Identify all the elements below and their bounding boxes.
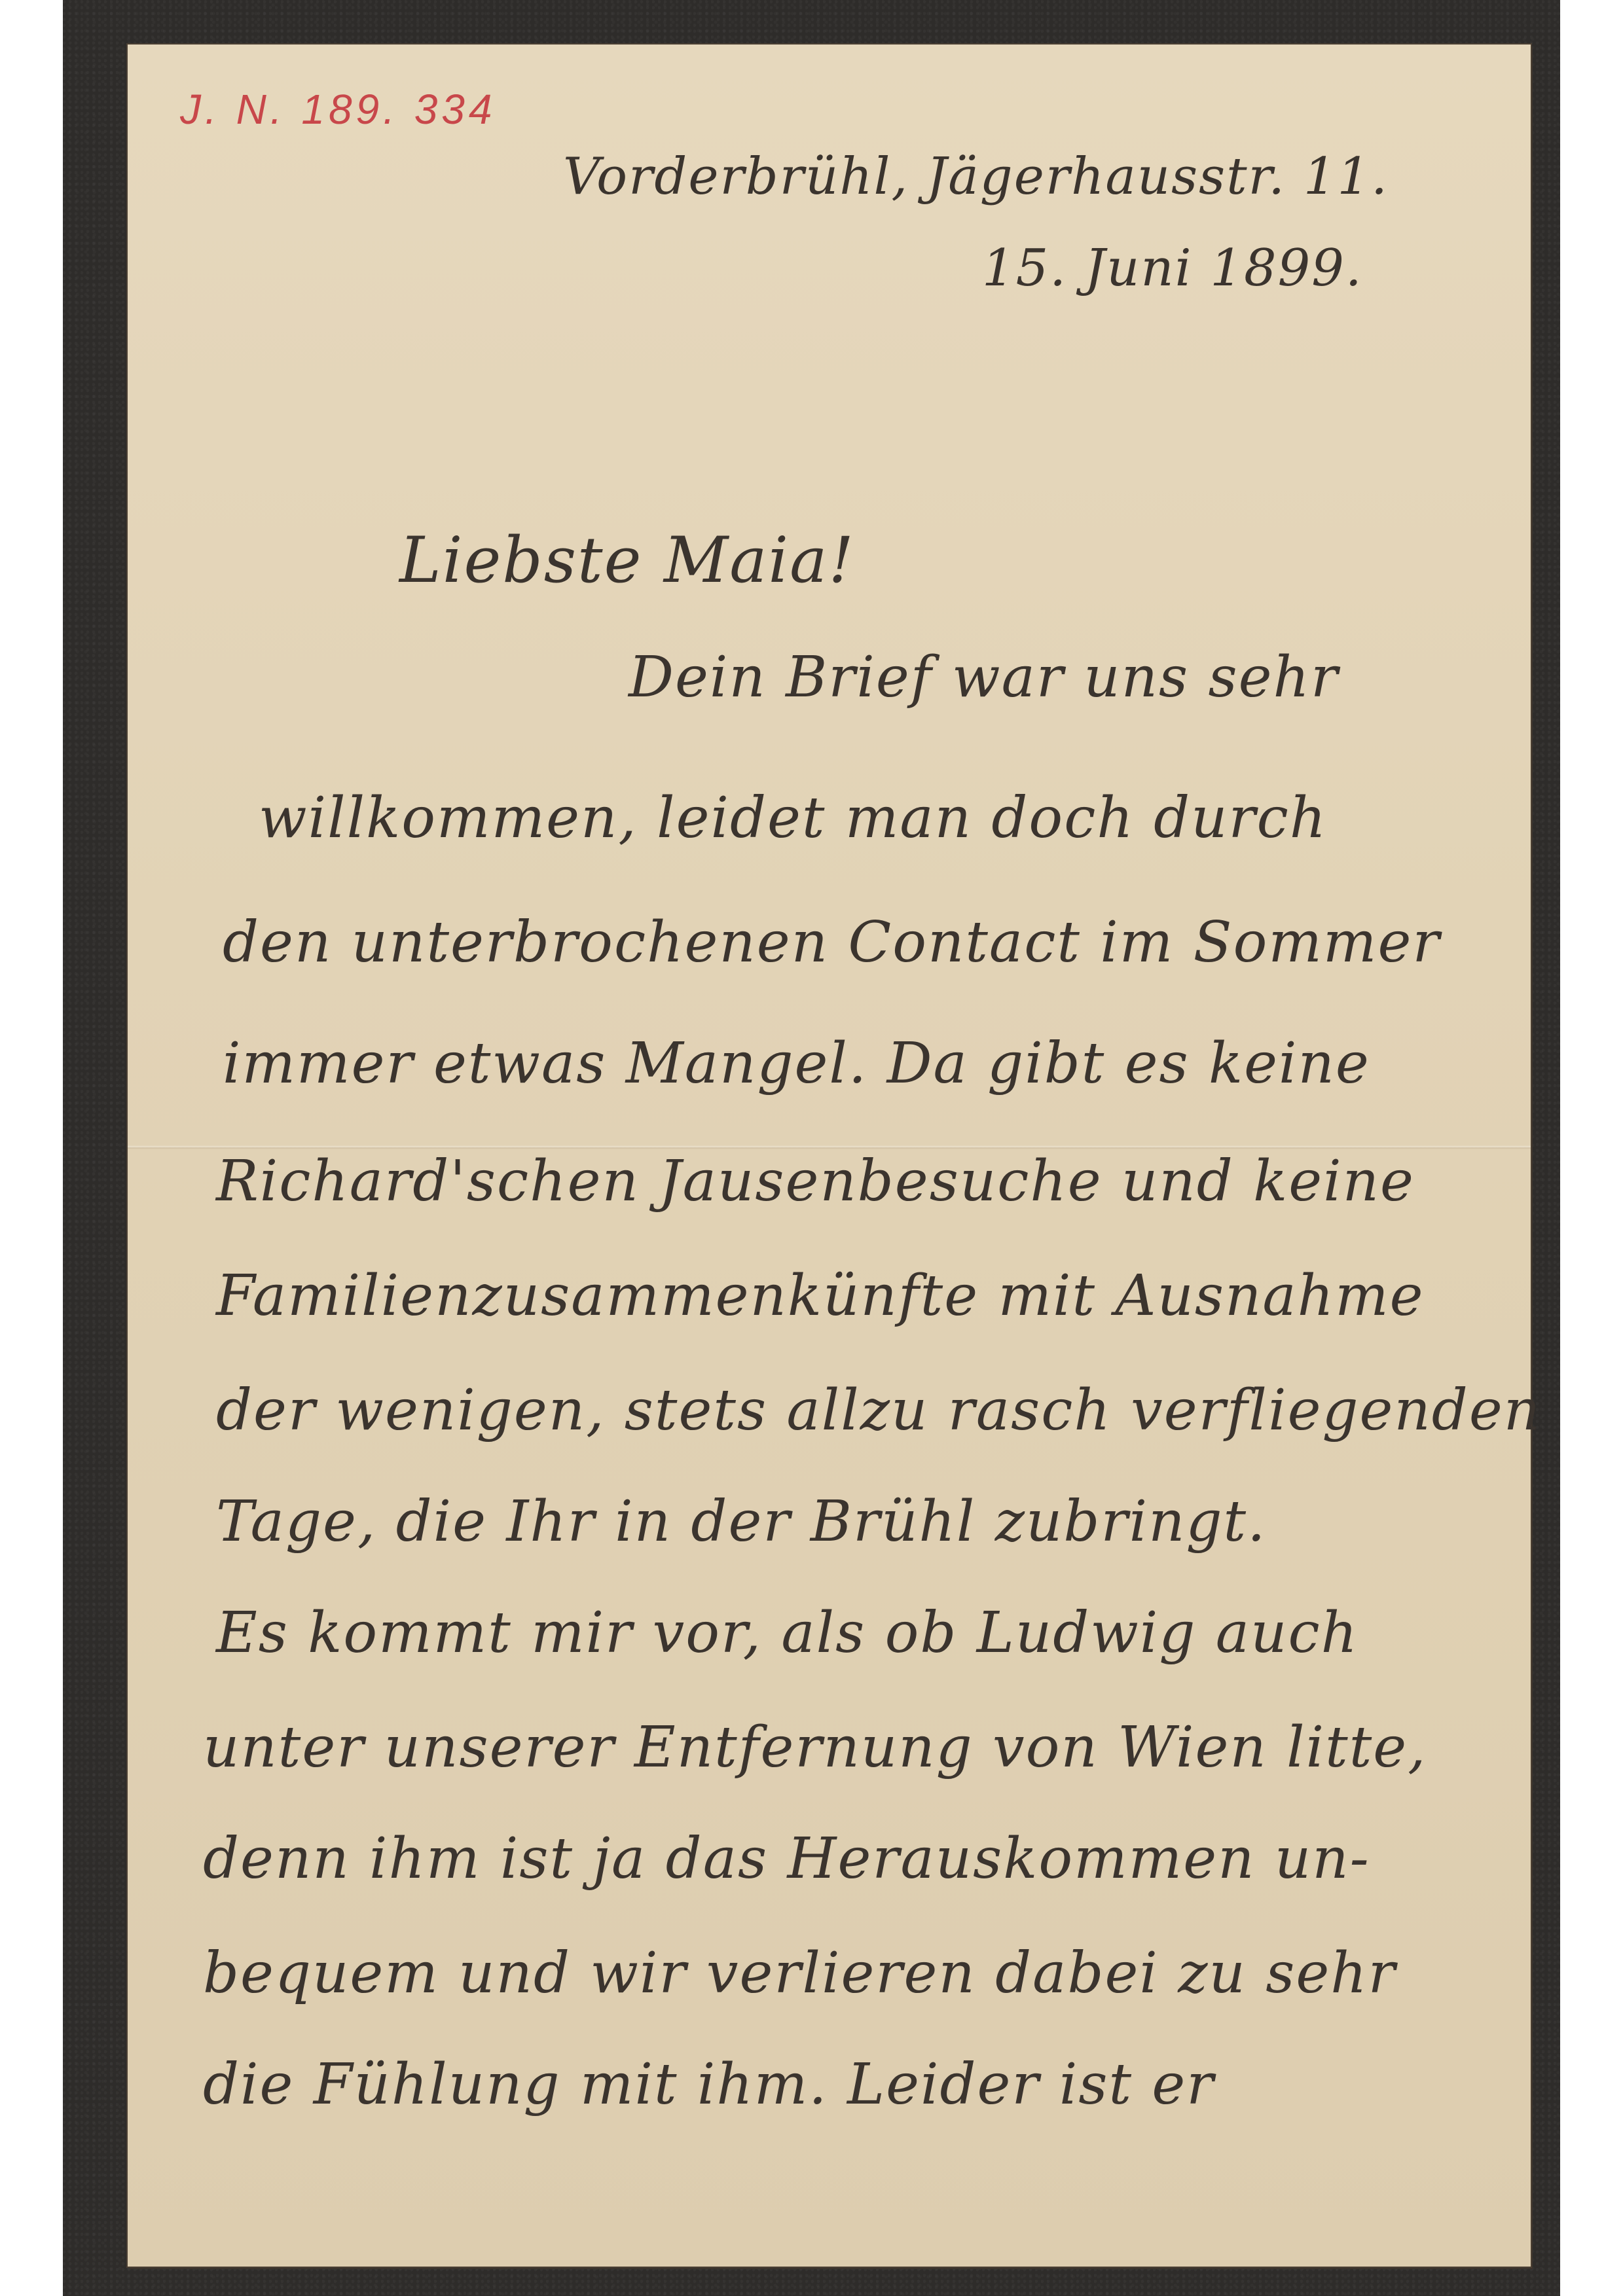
body-line-4: immer etwas Mangel. Da gibt es keine (223, 1031, 1370, 1096)
body-line-13: die Fühlung mit ihm. Leider ist er (203, 2052, 1214, 2117)
salutation: Liebste Maia! (399, 524, 855, 597)
body-line-8: Tage, die Ihr in der Brühl zubringt. (216, 1489, 1266, 1554)
body-line-3: den unterbrochenen Contact im Sommer (223, 910, 1440, 975)
body-line-5: Richard'schen Jausenbesuche und keine (216, 1149, 1415, 1214)
body-line-10: unter unserer Entfernung von Wien litte, (203, 1715, 1427, 1780)
body-line-2: willkommen, leidet man doch durch (259, 785, 1327, 851)
body-line-9: Es kommt mir vor, als ob Ludwig auch (216, 1600, 1359, 1666)
body-line-6: Familienzusammenkünfte mit Ausnahme (216, 1263, 1425, 1329)
body-line-11: denn ihm ist ja das Herauskommen un- (203, 1826, 1370, 1892)
body-line-12: bequem und wir verlieren dabei zu sehr (203, 1941, 1396, 2006)
sender-address: Vorderbrühl, Jägerhausstr. 11. (563, 147, 1389, 206)
body-line-1: Dein Brief war uns sehr (629, 645, 1339, 710)
letter-date: 15. Juni 1899. (982, 239, 1363, 298)
body-line-7: der wenigen, stets allzu rasch verfliege… (216, 1378, 1541, 1443)
archive-reference-number: J. N. 189. 334 (180, 85, 496, 134)
